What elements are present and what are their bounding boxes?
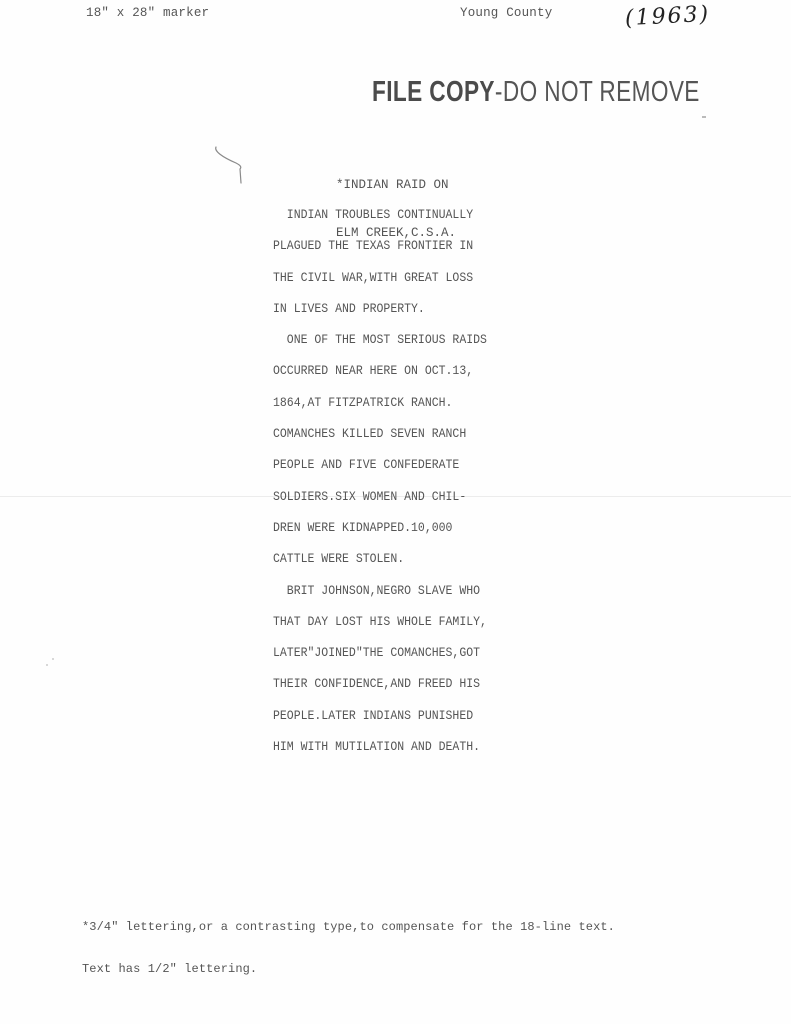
marker-title-line-1: *INDIAN RAID ON <box>336 177 456 193</box>
body-line: IN LIVES AND PROPERTY. <box>273 302 487 333</box>
body-line: BRIT JOHNSON,NEGRO SLAVE WHO <box>273 584 487 615</box>
body-line: PEOPLE.LATER INDIANS PUNISHED <box>273 709 487 740</box>
body-line: HIM WITH MUTILATION AND DEATH. <box>273 740 487 771</box>
body-line: DREN WERE KIDNAPPED.10,000 <box>273 521 487 552</box>
body-line: ONE OF THE MOST SERIOUS RAIDS <box>273 333 487 364</box>
stamp-rest-text: DO NOT REMOVE <box>503 76 700 108</box>
marker-body-text: INDIAN TROUBLES CONTINUALLYPLAGUED THE T… <box>273 208 487 771</box>
marker-size-label: 18" x 28" marker <box>86 6 209 20</box>
stamp-bold-text: FILE COPY <box>372 76 495 108</box>
body-line: THE CIVIL WAR,WITH GREAT LOSS <box>273 271 487 302</box>
body-line: PEOPLE AND FIVE CONFEDERATE <box>273 458 487 489</box>
body-line: SOLDIERS.SIX WOMEN AND CHIL- <box>273 490 487 521</box>
body-line: COMANCHES KILLED SEVEN RANCH <box>273 427 487 458</box>
file-copy-stamp: FILE COPY-DO NOT REMOVE <box>372 76 700 109</box>
paper-speck <box>46 664 48 666</box>
pencil-arrow-icon <box>210 143 250 185</box>
footnote-line-1: *3/4" lettering,or a contrasting type,to… <box>82 920 615 934</box>
county-label: Young County <box>460 6 552 20</box>
stamp-speck <box>702 116 706 118</box>
handwritten-year: (1963) <box>624 2 710 31</box>
document-page: 18" x 28" marker Young County (1963) FIL… <box>0 0 791 1024</box>
body-line: LATER"JOINED"THE COMANCHES,GOT <box>273 646 487 677</box>
paper-speck <box>52 658 54 660</box>
stamp-separator: - <box>495 76 503 108</box>
body-line: CATTLE WERE STOLEN. <box>273 552 487 583</box>
body-line: THEIR CONFIDENCE,AND FREED HIS <box>273 677 487 708</box>
footnote-line-2: Text has 1/2" lettering. <box>82 962 615 976</box>
body-line: OCCURRED NEAR HERE ON OCT.13, <box>273 364 487 395</box>
footnote: *3/4" lettering,or a contrasting type,to… <box>82 892 615 1004</box>
body-line: THAT DAY LOST HIS WHOLE FAMILY, <box>273 615 487 646</box>
body-line: PLAGUED THE TEXAS FRONTIER IN <box>273 239 487 270</box>
body-line: 1864,AT FITZPATRICK RANCH. <box>273 396 487 427</box>
body-line: INDIAN TROUBLES CONTINUALLY <box>273 208 487 239</box>
